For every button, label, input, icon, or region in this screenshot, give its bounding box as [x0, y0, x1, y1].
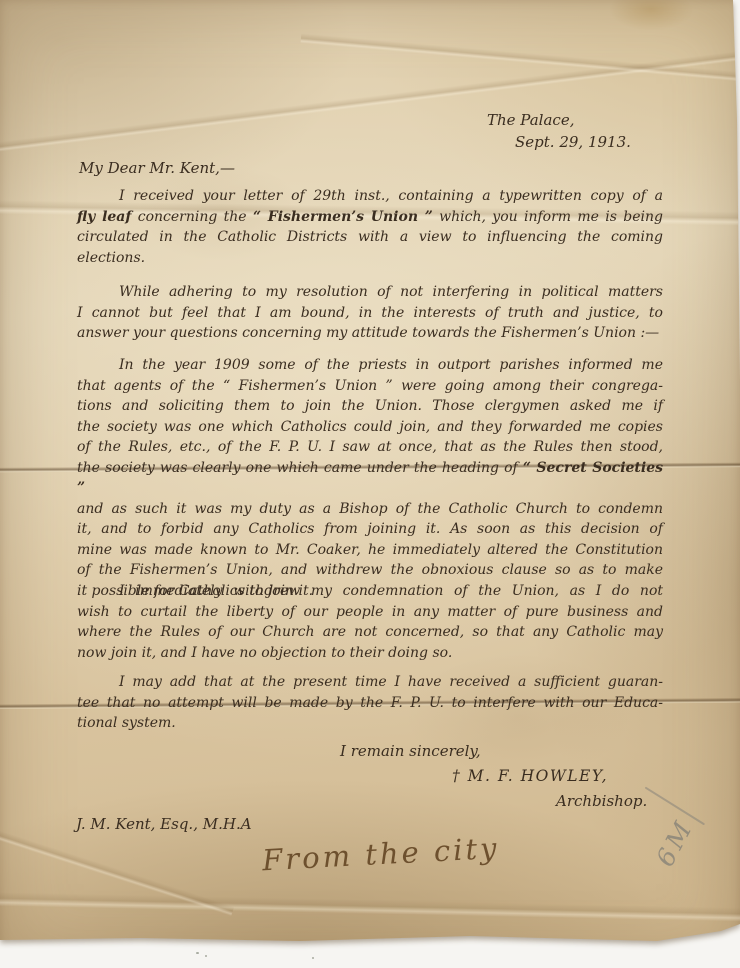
letter-line: While adhering to my resolution of not i… [77, 282, 663, 303]
letter-line: it, and to forbid any Catholics from joi… [77, 519, 663, 540]
signature-title: Archbishop. [556, 792, 647, 810]
scanned-letter: The Palace, Sept. 29, 1913. My Dear Mr. … [0, 0, 740, 968]
place-line: The Palace, [487, 109, 631, 131]
paragraph-4: I immediately withdrew my condemnation o… [77, 581, 663, 663]
letter-line: I received your letter of 29th inst., co… [77, 186, 663, 207]
letter-line: answer your questions concerning my atti… [77, 323, 663, 344]
letter-line: tee that no attempt will be made by the … [77, 693, 663, 714]
paragraph-1: I received your letter of 29th inst., co… [77, 186, 663, 268]
letter-line: I cannot but feel that I am bound, in th… [77, 303, 663, 324]
letter-line: the society was clearly one which came u… [77, 458, 663, 499]
letter-line: elections. [77, 248, 663, 269]
letter-line: and as such it was my duty as a Bishop o… [77, 499, 663, 520]
paragraph-5: I may add that at the present time I hav… [77, 672, 663, 734]
letter-line: where the Rules of our Church are not co… [77, 622, 663, 643]
letter-line: In the year 1909 some of the priests in … [77, 355, 663, 376]
letter-content: The Palace, Sept. 29, 1913. My Dear Mr. … [0, 0, 740, 968]
letter-line: mine was made known to Mr. Coaker, he im… [77, 540, 663, 561]
letter-line: circulated in the Catholic Districts wit… [77, 227, 663, 248]
letter-line: of the Rules, etc., of the F. P. U. I sa… [77, 437, 663, 458]
dust-speck [196, 952, 199, 954]
paragraph-2: While adhering to my resolution of not i… [77, 282, 663, 344]
letter-line: now join it, and I have no objection to … [77, 643, 663, 664]
paragraph-3: In the year 1909 some of the priests in … [77, 355, 663, 601]
pencil-annotation: 6M [650, 814, 699, 871]
paper-shadow: The Palace, Sept. 29, 1913. My Dear Mr. … [0, 0, 740, 968]
paper-sheet: The Palace, Sept. 29, 1913. My Dear Mr. … [0, 0, 740, 968]
handwritten-note: From the city [261, 829, 542, 878]
letter-line: fly leaf concerning the “ Fishermen’s Un… [77, 207, 663, 228]
letter-line: I immediately withdrew my condemnation o… [77, 581, 663, 602]
signature-name: † M. F. HOWLEY, [452, 767, 608, 785]
letter-line: of the Fishermen’s Union, and withdrew t… [77, 560, 663, 581]
letter-line: tional system. [77, 713, 663, 734]
date-block: The Palace, Sept. 29, 1913. [487, 109, 631, 153]
letter-line: I may add that at the present time I hav… [77, 672, 663, 693]
letter-line: that agents of the “ Fishermen’s Union ”… [77, 376, 663, 397]
dust-speck [312, 957, 314, 959]
salutation: My Dear Mr. Kent,— [79, 159, 235, 177]
dust-speck [205, 955, 207, 957]
letter-line: the society was one which Catholics coul… [77, 417, 663, 438]
addressee-line: J. M. Kent, Esq., M.H.A [76, 815, 252, 833]
closing-line: I remain sincerely, [340, 742, 481, 760]
letter-line: tions and soliciting them to join the Un… [77, 396, 663, 417]
date-line: Sept. 29, 1913. [515, 131, 631, 153]
letter-line: wish to curtail the liberty of our peopl… [77, 602, 663, 623]
